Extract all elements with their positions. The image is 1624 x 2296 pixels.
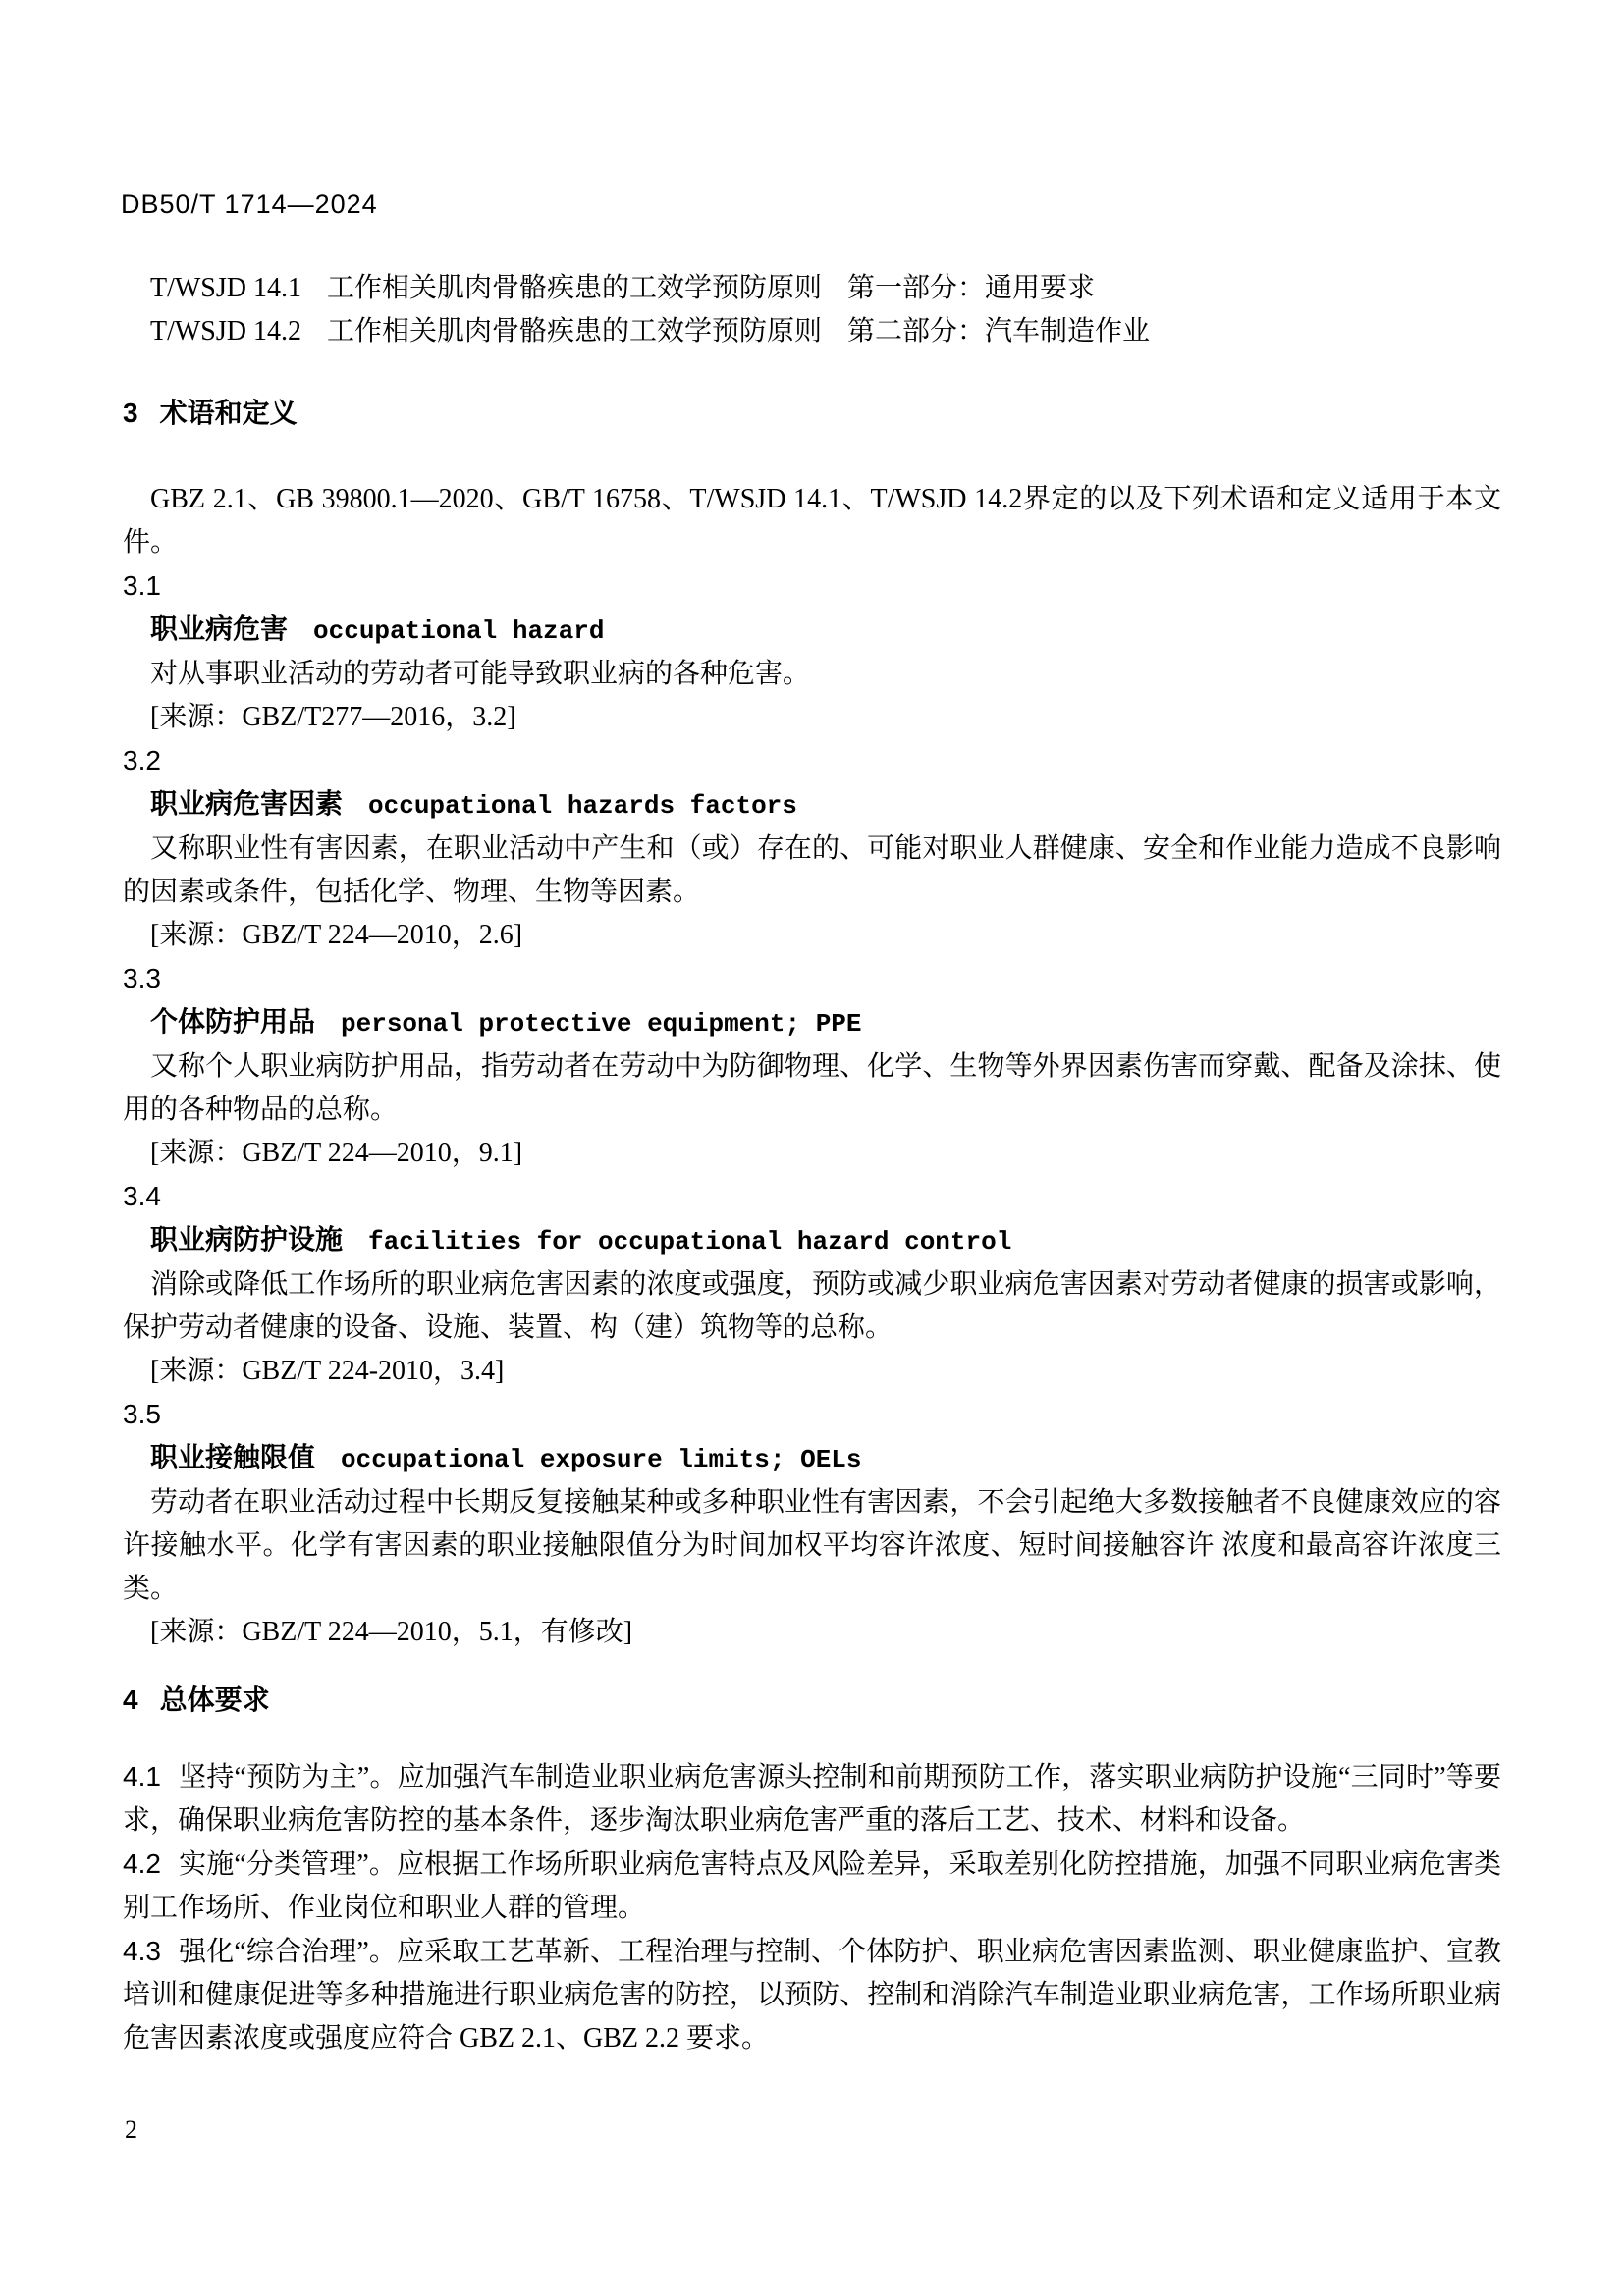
- clause: 4.1坚持“预防为主”。应加强汽车制造业职业病危害源头控制和前期预防工作，落实职…: [123, 1755, 1501, 1842]
- term-source: [来源：GBZ/T 224-2010，3.4]: [123, 1350, 1501, 1393]
- term-source: [来源：GBZ/T 224—2010，5.1，有修改]: [123, 1611, 1501, 1654]
- term-entry: 3.1 职业病危害occupational hazard 对从事职业活动的劳动者…: [123, 564, 1501, 739]
- reference-title: 工作相关肌肉骨骼疾患的工效学预防原则: [327, 316, 822, 347]
- section-title: 术语和定义: [160, 398, 298, 428]
- section4-heading: 4总体要求: [123, 1679, 270, 1722]
- term-entry: 3.4 职业病防护设施facilities for occupational h…: [123, 1175, 1501, 1393]
- term-name: 职业病危害因素occupational hazards factors: [123, 782, 1501, 828]
- section-title: 总体要求: [160, 1684, 270, 1715]
- section-number: 3: [123, 398, 138, 428]
- term-source: [来源：GBZ/T 224—2010，2.6]: [123, 914, 1501, 957]
- reference-part: 第二部分：汽车制造作业: [847, 316, 1150, 347]
- term-source: [来源：GBZ/T 224—2010，9.1]: [123, 1132, 1501, 1175]
- term-entry: 3.5 职业接触限值occupational exposure limits; …: [123, 1393, 1501, 1654]
- clause-text: 坚持“预防为主”。应加强汽车制造业职业病危害源头控制和前期预防工作，落实职业病防…: [123, 1762, 1501, 1836]
- references-block: T/WSJD 14.1工作相关肌肉骨骼疾患的工效学预防原则第一部分：通用要求 T…: [123, 267, 1501, 353]
- reference-code: T/WSJD 14.1: [150, 273, 301, 303]
- term-name-en: personal protective equipment; PPE: [341, 1009, 862, 1039]
- terms-block: 3.1 职业病危害occupational hazard 对从事职业活动的劳动者…: [123, 564, 1501, 1654]
- section-number: 4: [123, 1684, 138, 1715]
- term-entry: 3.2 职业病危害因素occupational hazards factors …: [123, 739, 1501, 957]
- term-id: 3.4: [123, 1175, 1501, 1218]
- doc-number: DB50/T 1714—2024: [121, 183, 378, 226]
- term-source: [来源：GBZ/T277—2016，3.2]: [123, 696, 1501, 739]
- reference-part: 第一部分：通用要求: [847, 273, 1095, 303]
- term-entry: 3.3 个体防护用品personal protective equipment;…: [123, 957, 1501, 1175]
- clause-id: 4.1: [123, 1761, 161, 1791]
- clauses-block: 4.1坚持“预防为主”。应加强汽车制造业职业病危害源头控制和前期预防工作，落实职…: [123, 1755, 1501, 2060]
- term-name-zh: 个体防护用品: [150, 1006, 315, 1037]
- reference-code: T/WSJD 14.2: [150, 316, 301, 347]
- term-name-zh: 职业接触限值: [150, 1442, 315, 1472]
- reference-line: T/WSJD 14.2工作相关肌肉骨骼疾患的工效学预防原则第二部分：汽车制造作业: [123, 310, 1501, 353]
- term-name: 个体防护用品personal protective equipment; PPE: [123, 1000, 1501, 1045]
- page-number: 2: [125, 2109, 137, 2152]
- section3-heading: 3术语和定义: [123, 392, 298, 435]
- clause: 4.3强化“综合治理”。应采取工艺革新、工程治理与控制、个体防护、职业病危害因素…: [123, 1930, 1501, 2060]
- term-name-en: facilities for occupational hazard contr…: [368, 1227, 1011, 1256]
- section3-intro: GBZ 2.1、GB 39800.1—2020、GB/T 16758、T/WSJ…: [123, 478, 1501, 564]
- term-definition: 消除或降低工作场所的职业病危害因素的浓度或强度，预防或减少职业病危害因素对劳动者…: [123, 1263, 1501, 1350]
- term-definition: 又称个人职业病防护用品，指劳动者在劳动中为防御物理、化学、生物等外界因素伤害而穿…: [123, 1045, 1501, 1132]
- term-name-en: occupational hazards factors: [368, 791, 797, 821]
- clause-text: 强化“综合治理”。应采取工艺革新、工程治理与控制、个体防护、职业病危害因素监测、…: [123, 1937, 1501, 2054]
- term-definition: 劳动者在职业活动过程中长期反复接触某种或多种职业性有害因素，不会引起绝大多数接触…: [123, 1481, 1501, 1611]
- term-name: 职业病防护设施facilities for occupational hazar…: [123, 1218, 1501, 1263]
- term-name: 职业接触限值occupational exposure limits; OELs: [123, 1436, 1501, 1481]
- reference-line: T/WSJD 14.1工作相关肌肉骨骼疾患的工效学预防原则第一部分：通用要求: [123, 267, 1501, 310]
- term-name-zh: 职业病防护设施: [150, 1224, 343, 1255]
- term-name-zh: 职业病危害: [150, 614, 288, 644]
- reference-title: 工作相关肌肉骨骼疾患的工效学预防原则: [327, 273, 822, 303]
- term-name: 职业病危害occupational hazard: [123, 608, 1501, 653]
- term-id: 3.5: [123, 1393, 1501, 1436]
- term-definition: 对从事职业活动的劳动者可能导致职业病的各种危害。: [123, 653, 1501, 696]
- term-name-zh: 职业病危害因素: [150, 788, 343, 819]
- clause-text: 实施“分类管理”。应根据工作场所职业病危害特点及风险差异，采取差别化防控措施，加…: [123, 1849, 1501, 1923]
- clause-id: 4.2: [123, 1848, 161, 1879]
- clause-id: 4.3: [123, 1936, 161, 1966]
- term-id: 3.1: [123, 564, 1501, 608]
- term-definition: 又称职业性有害因素，在职业活动中产生和（或）存在的、可能对职业人群健康、安全和作…: [123, 828, 1501, 914]
- clause: 4.2实施“分类管理”。应根据工作场所职业病危害特点及风险差异，采取差别化防控措…: [123, 1842, 1501, 1930]
- term-name-en: occupational exposure limits; OELs: [341, 1445, 862, 1474]
- term-id: 3.2: [123, 739, 1501, 782]
- document-page: DB50/T 1714—2024 T/WSJD 14.1工作相关肌肉骨骼疾患的工…: [0, 0, 1624, 2296]
- term-id: 3.3: [123, 957, 1501, 1000]
- term-name-en: occupational hazard: [313, 616, 604, 646]
